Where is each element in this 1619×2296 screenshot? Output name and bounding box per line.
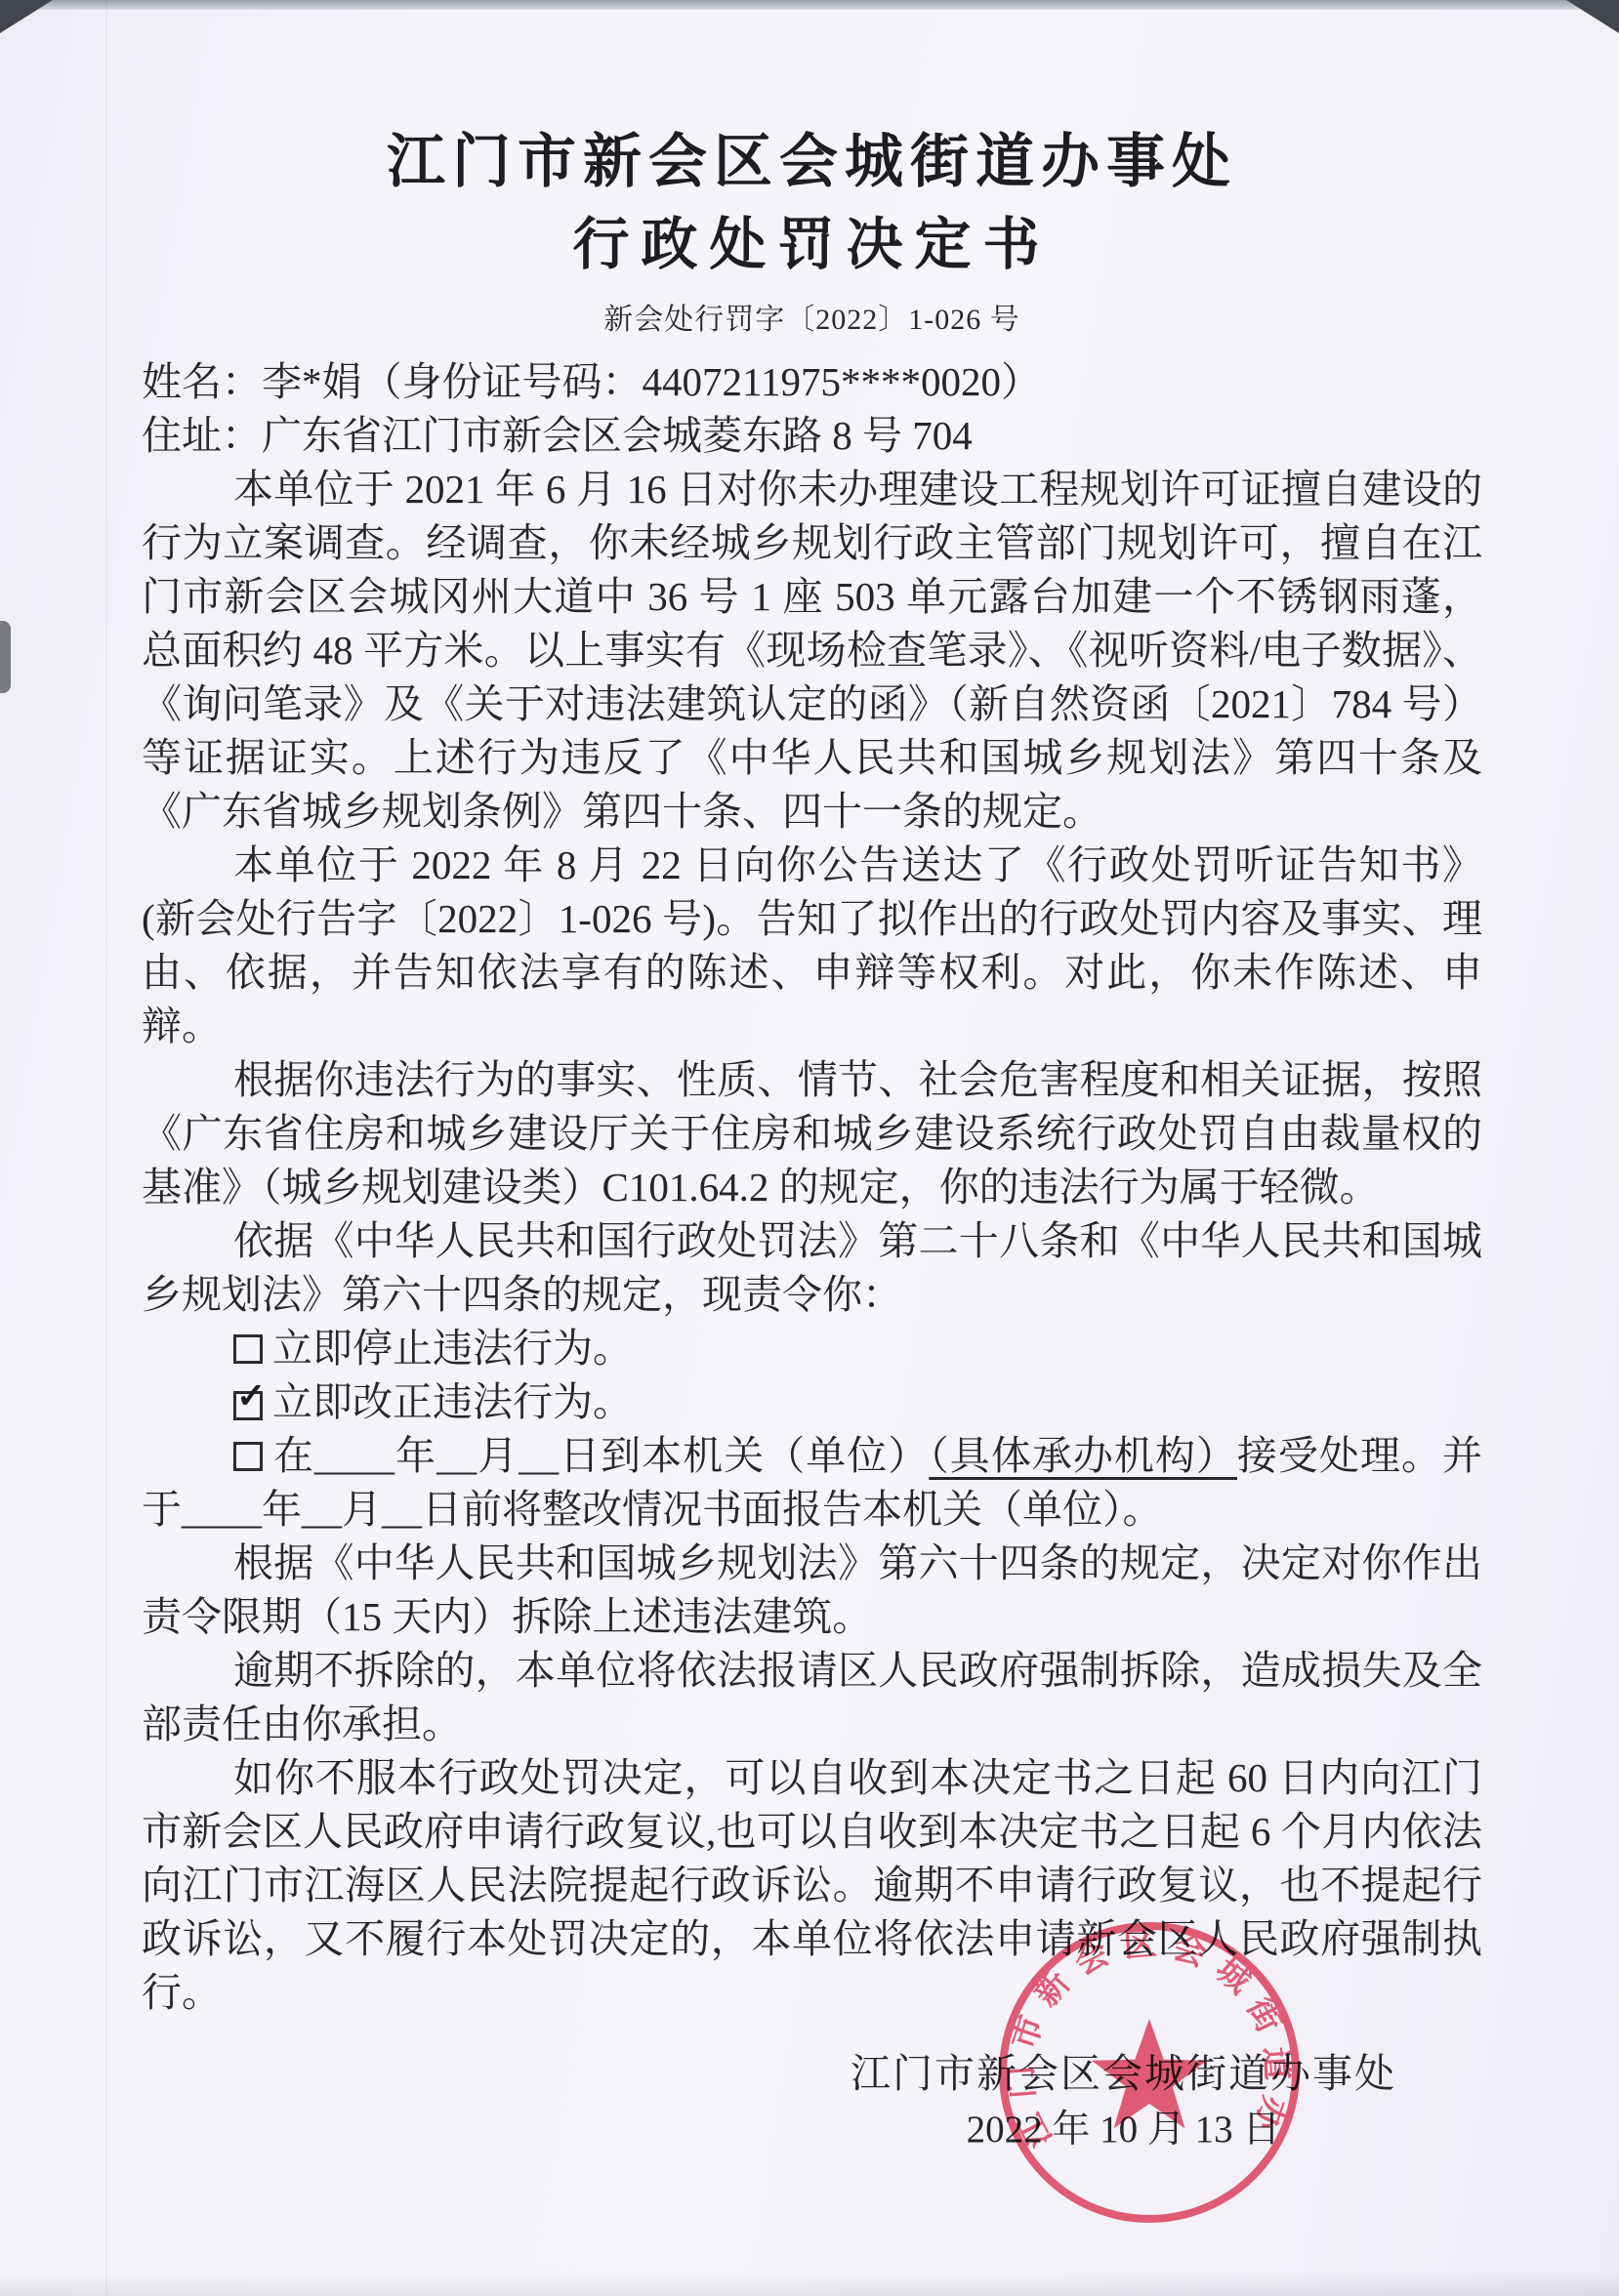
checkmark-icon: ✓ (236, 1376, 266, 1415)
document-body: 姓名：李*娟（身份证号码：4407211975****0020） 住址：广东省江… (142, 355, 1482, 2020)
official-seal: 江门市新会区会城街道办事处 (988, 1911, 1310, 2234)
order-item-stop-label: 立即停止违法行为。 (272, 1326, 633, 1371)
order-item-report: 在____年__月__日到本机关（单位）（具体承办机构）接受处理。并于____年… (142, 1429, 1482, 1537)
seal-star-icon (1092, 2019, 1207, 2128)
document-content: 江门市新会区会城街道办事处 行政处罚决定书 新会处行罚字〔2022〕1-026 … (0, 0, 1619, 2020)
paragraph-facts: 本单位于 2021 年 6 月 16 日对你未办理建设工程规划许可证擅自建设的行… (142, 463, 1482, 839)
order-item-stop: 立即停止违法行为。 (142, 1322, 1482, 1375)
paragraph-discretion-basis: 根据你违法行为的事实、性质、情节、社会危害程度和相关证据，按照《广东省住房和城乡… (142, 1053, 1482, 1214)
order-item-correct-label: 立即改正违法行为。 (272, 1379, 633, 1424)
order-item-correct: ✓立即改正违法行为。 (142, 1375, 1482, 1429)
document-number: 新会处行罚字〔2022〕1-026 号 (142, 301, 1482, 340)
seal-arc-text: 江门市新会区会城街道办事处 (988, 1911, 1297, 2153)
document-title-type: 行政处罚决定书 (142, 211, 1482, 279)
document-title-org: 江门市新会区会城街道办事处 (142, 127, 1482, 197)
recipient-name-line: 姓名：李*娟（身份证号码：4407211975****0020） (142, 355, 1482, 409)
checkbox-checked-correct: ✓ (233, 1391, 263, 1420)
paragraph-forced-demolition: 逾期不拆除的，本单位将依法报请区人民政府强制拆除，造成损失及全部责任由你承担。 (142, 1644, 1482, 1751)
order-item-report-before: 在____年__月__日到本机关（单位） (272, 1433, 929, 1478)
checkbox-unchecked-stop (233, 1334, 263, 1364)
recipient-address-line: 住址：广东省江门市新会区会城菱东路 8 号 704 (142, 409, 1482, 463)
scan-shadow-bottom (0, 2271, 1619, 2296)
order-item-report-agency-blank: （具体承办机构） (929, 1433, 1237, 1478)
paragraph-order-intro: 依据《中华人民共和国行政处罚法》第二十八条和《中华人民共和国城乡规划法》第六十四… (142, 1214, 1482, 1322)
checkbox-unchecked-report (233, 1442, 263, 1471)
order-list: 立即停止违法行为。 ✓立即改正违法行为。 在____年__月__日到本机关（单位… (142, 1322, 1482, 1537)
scanned-document-page: 江门市新会区会城街道办事处 行政处罚决定书 新会处行罚字〔2022〕1-026 … (0, 0, 1619, 2296)
paragraph-demolition-decision: 根据《中华人民共和国城乡规划法》第六十四条的规定，决定对你作出责令限期（15 天… (142, 1537, 1482, 1644)
paragraph-hearing-notice: 本单位于 2022 年 8 月 22 日向你公告送达了《行政处罚听证告知书》(新… (142, 839, 1482, 1053)
